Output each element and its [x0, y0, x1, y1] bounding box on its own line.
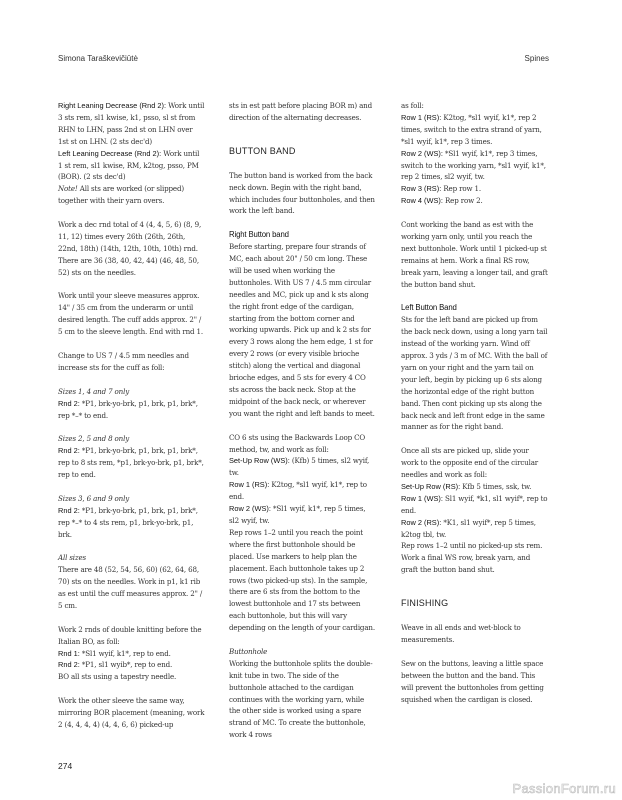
all-sizes-text: There are 48 (52, 54, 56, 60) (62, 64, 6…: [58, 565, 202, 610]
left-band-pickup: Sts for the left band are picked up from…: [401, 314, 548, 433]
dk-rnd1-text: *Sl1 wyif, k1*, rep to end.: [80, 649, 171, 658]
sizes-c-text: *P1, brk-yo-brk, p1, brk, p1, brk*, rep …: [58, 506, 198, 539]
page-number: 274: [58, 761, 72, 771]
sizes-b-text: *P1, brk-yo-brk, p1, brk, p1, brk*, rep …: [58, 446, 204, 479]
lb-row2-label: Row 2 (RS):: [401, 518, 441, 527]
sizes-c-block: Sizes 3, 6 and 9 only Rnd 2: *P1, brk-yo…: [58, 493, 205, 541]
dk-intro: Work 2 rnds of double knitting before th…: [58, 625, 201, 646]
left-button-band-heading: Left Button Band: [401, 302, 548, 314]
lb-intro: Once all sts are picked up, slide your w…: [401, 446, 538, 479]
note-text: All sts are worked (or slipped) together…: [58, 184, 184, 205]
dk-rnd2-text: *P1, sl1 wyib*, rep to end.: [80, 660, 172, 669]
sizes-b-title: Sizes 2, 5 and 8 only: [58, 433, 205, 445]
lb-setup-label: Set-Up Row (RS):: [401, 482, 460, 491]
bh-row4-label: Row 4 (WS):: [401, 196, 443, 205]
right-band-pickup: Before starting, prepare four strands of…: [229, 241, 376, 420]
buttonhole-title: Buttonhole: [229, 646, 376, 658]
bh-row2-label: Row 2 (WS):: [401, 149, 443, 158]
dk-bo: BO all sts using a tapestry needle.: [58, 672, 176, 681]
buttonhole-paragraph: Working the buttonhole splits the double…: [229, 658, 376, 741]
rep-rows-text: Rep rows 1–2 until you reach the point w…: [229, 528, 375, 632]
lb-setup-text: Kfb 5 times, ssk, tw.: [460, 482, 531, 491]
column-3: as foll: Row 1 (RS): K2tog, *sl1 wyif, k…: [401, 100, 548, 717]
sleeve-length-paragraph: Work until your sleeve measures approx. …: [58, 290, 205, 338]
bh-row4-text: Rep row 2.: [443, 196, 483, 205]
sizes-c-title: Sizes 3, 6 and 9 only: [58, 493, 205, 505]
all-sizes-title: All sizes: [58, 552, 205, 564]
co-intro: CO 6 sts using the Backwards Loop CO met…: [229, 433, 365, 454]
sleeve-continuation: sts in est patt before placing BOR m) an…: [229, 100, 376, 124]
sizes-b-label: Rnd 2:: [58, 446, 80, 455]
double-knitting-block: Work 2 rnds of double knitting before th…: [58, 624, 205, 684]
right-band-rows: CO 6 sts using the Backwards Loop CO met…: [229, 432, 376, 634]
other-sleeve-paragraph: Work the other sleeve the same way, mirr…: [58, 695, 205, 731]
column-2: sts in est patt before placing BOR m) an…: [229, 100, 376, 753]
sizes-c-label: Rnd 2:: [58, 506, 80, 515]
sew-buttons-paragraph: Sew on the buttons, leaving a little spa…: [401, 658, 548, 706]
rld-label: Right Leaning Decrease (Rnd 2):: [58, 101, 166, 110]
running-header-author: Simona Taraškevičiūtė: [58, 54, 138, 63]
weave-in-paragraph: Weave in all ends and wet-block to measu…: [401, 622, 548, 646]
cont-working-paragraph: Cont working the band as est with the wo…: [401, 219, 548, 290]
sizes-a-block: Sizes 1, 4 and 7 only Rnd 2: *P1, brk-yo…: [58, 386, 205, 422]
sizes-a-text: *P1, brk-yo-brk, p1, brk, p1, brk*, rep …: [58, 399, 198, 420]
buttonhole-intro: as foll:: [401, 101, 424, 110]
bh-row3-text: Rep row 1.: [441, 184, 481, 193]
row2-label: Row 2 (WS):: [229, 504, 271, 513]
lb-row1-label: Row 1 (WS):: [401, 494, 443, 503]
setup-row-label: Set-Up Row (WS):: [229, 456, 290, 465]
row1-label: Row 1 (RS):: [229, 480, 269, 489]
dec-rnd-paragraph: Work a dec rnd total of 4 (4, 4, 5, 6) (…: [58, 219, 205, 279]
dk-rnd2-label: Rnd 2:: [58, 660, 80, 669]
lb-rep-text: Rep rows 1–2 until no picked-up sts rem.…: [401, 541, 542, 574]
button-band-intro: The button band is worked from the back …: [229, 170, 376, 218]
dk-rnd1-label: Rnd 1:: [58, 649, 80, 658]
note-label: Note!: [58, 184, 78, 193]
all-sizes-block: All sizes There are 48 (52, 54, 56, 60) …: [58, 552, 205, 612]
bh-row3-label: Row 3 (RS):: [401, 184, 441, 193]
watermark: PassionForum.ru: [513, 781, 616, 796]
running-header-section: Spines: [525, 54, 549, 63]
button-band-heading: BUTTON BAND: [229, 146, 376, 158]
lld-label: Left Leaning Decrease (Rnd 2):: [58, 149, 161, 158]
cuff-increase-paragraph: Change to US 7 / 4.5 mm needles and incr…: [58, 350, 205, 374]
sizes-a-title: Sizes 1, 4 and 7 only: [58, 386, 205, 398]
decrease-definitions: Right Leaning Decrease (Rnd 2): Work unt…: [58, 100, 205, 207]
bh-row1-label: Row 1 (RS):: [401, 113, 441, 122]
left-band-rows: Once all sts are picked up, slide your w…: [401, 445, 548, 576]
right-button-band-heading: Right Button band: [229, 229, 376, 241]
column-1: Right Leaning Decrease (Rnd 2): Work unt…: [58, 100, 205, 743]
sizes-a-label: Rnd 2:: [58, 399, 80, 408]
sizes-b-block: Sizes 2, 5 and 8 only Rnd 2: *P1, brk-yo…: [58, 433, 205, 481]
finishing-heading: FINISHING: [401, 598, 548, 610]
buttonhole-rows: as foll: Row 1 (RS): K2tog, *sl1 wyif, k…: [401, 100, 548, 207]
